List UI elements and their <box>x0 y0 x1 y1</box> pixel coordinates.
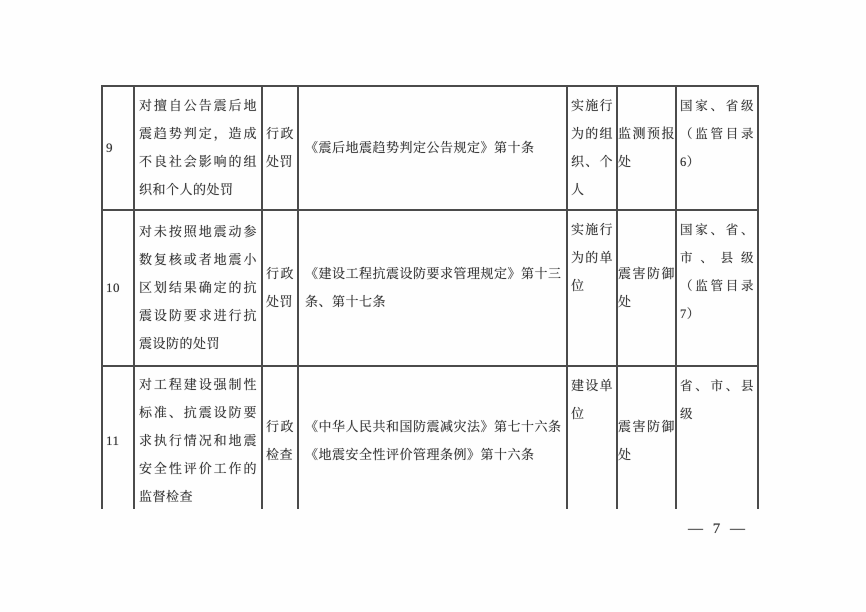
cell-level: 国家、省级（监管目录6） <box>676 86 758 210</box>
table-row: 9对擅自公告震后地震趋势判定，造成不良社会影响的组织和个人的处罚行政处罚《震后地… <box>102 86 758 210</box>
penalty-items-table: 9对擅自公告震后地震趋势判定，造成不良社会影响的组织和个人的处罚行政处罚《震后地… <box>101 85 759 509</box>
cell-basis: 《中华人民共和国防震减灾法》第七十六条 《地震安全性评价管理条例》第十六条 <box>298 366 567 509</box>
cell-department: 震害防御处 <box>617 210 676 366</box>
penalty-table-region: 9对擅自公告震后地震趋势判定，造成不良社会影响的组织和个人的处罚行政处罚《震后地… <box>101 85 762 509</box>
cell-level: 国家、省、市、县级（监管目录7） <box>676 210 758 366</box>
page-number: — 7 — <box>688 521 748 538</box>
cell-matter: 对未按照地震动参数复核或者地震小区划结果确定的抗震设防要求进行抗震设防的处罚 <box>134 210 262 366</box>
cell-level: 省、市、县级 <box>676 366 758 509</box>
table-row: 11对工程建设强制性标准、抗震设防要求执行情况和地震安全性评价工作的监督检查行政… <box>102 366 758 509</box>
cell-type: 行政检查 <box>262 366 298 509</box>
cell-type: 行政处罚 <box>262 210 298 366</box>
table-row: 10对未按照地震动参数复核或者地震小区划结果确定的抗震设防要求进行抗震设防的处罚… <box>102 210 758 366</box>
cell-subject: 实施行为的组织、个人 <box>567 86 617 210</box>
cell-department: 震害防御处 <box>617 366 676 509</box>
cell-num: 9 <box>102 86 134 210</box>
cell-num: 11 <box>102 366 134 509</box>
cell-basis: 《建设工程抗震设防要求管理规定》第十三条、第十七条 <box>298 210 567 366</box>
cell-num: 10 <box>102 210 134 366</box>
cell-department: 监测预报处 <box>617 86 676 210</box>
cell-matter: 对擅自公告震后地震趋势判定，造成不良社会影响的组织和个人的处罚 <box>134 86 262 210</box>
scanned-document-page: 9对擅自公告震后地震趋势判定，造成不良社会影响的组织和个人的处罚行政处罚《震后地… <box>0 0 866 612</box>
cell-subject: 建设单位 <box>567 366 617 509</box>
cell-basis: 《震后地震趋势判定公告规定》第十条 <box>298 86 567 210</box>
cell-matter: 对工程建设强制性标准、抗震设防要求执行情况和地震安全性评价工作的监督检查 <box>134 366 262 509</box>
cell-type: 行政处罚 <box>262 86 298 210</box>
cell-subject: 实施行为的单位 <box>567 210 617 366</box>
penalty-table-body: 9对擅自公告震后地震趋势判定，造成不良社会影响的组织和个人的处罚行政处罚《震后地… <box>102 86 758 509</box>
